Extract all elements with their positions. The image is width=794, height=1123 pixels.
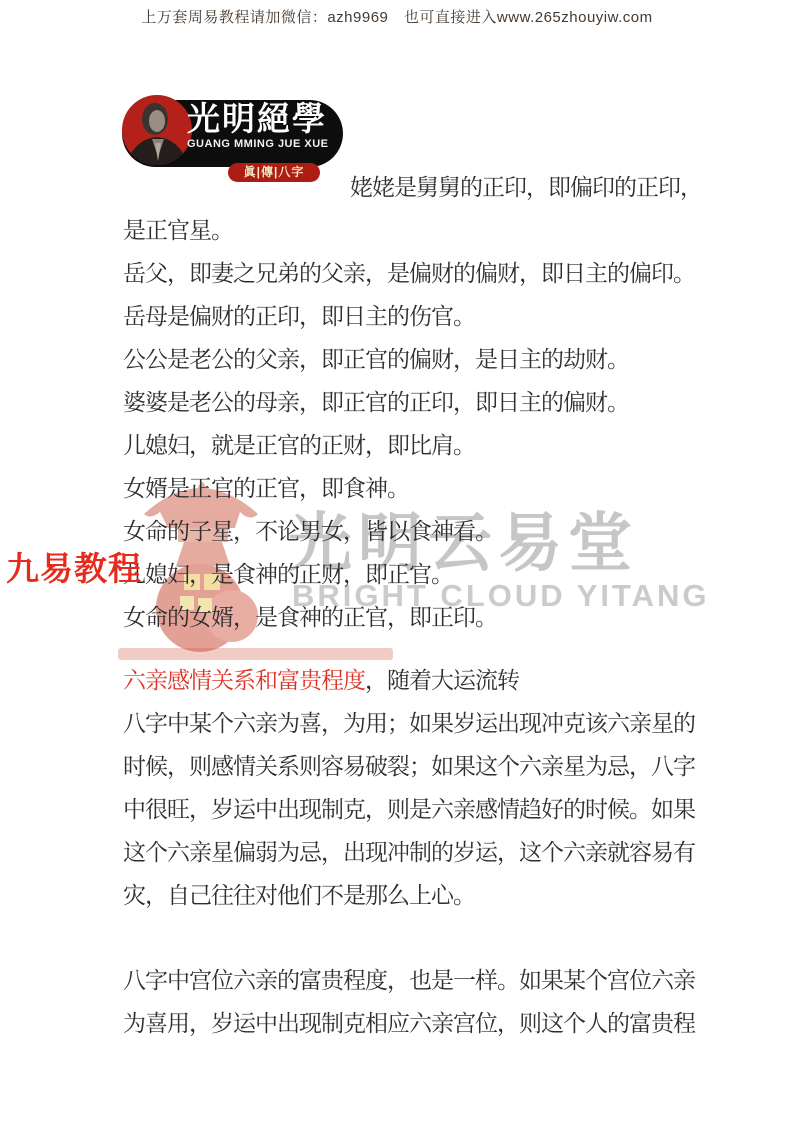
body-line: 儿媳妇，是食神的正财，即正官。 xyxy=(123,553,723,596)
top-promo-banner: 上万套周易教程请加微信：azh9969 也可直接进入www.265zhouyiw… xyxy=(0,6,794,27)
body-line: 婆婆是老公的母亲，即正官的正印，即日主的偏财。 xyxy=(123,381,723,424)
section-heading-rest: ，随着大运流转 xyxy=(365,667,519,693)
body-line: 公公是老公的父亲，即正官的偏财，是日主的劫财。 xyxy=(123,338,723,381)
body-line: 中很旺，岁运中出现制克，则是六亲感情趋好的时候。如果 xyxy=(123,788,723,831)
document-page: 上万套周易教程请加微信：azh9969 也可直接进入www.265zhouyiw… xyxy=(0,0,794,1123)
body-line: 儿媳妇，就是正官的正财，即比肩。 xyxy=(123,424,723,467)
body-line: 女婿是正官的正官，即食神。 xyxy=(123,467,723,510)
logo-banner: 眞|傳|八字 xyxy=(228,163,320,182)
body-line: 八字中某个六亲为喜，为用；如果岁运出现冲克该六亲星的 xyxy=(123,702,723,745)
body-line: 灾，自己往往对他们不是那么上心。 xyxy=(123,874,723,917)
body-line: 八字中宫位六亲的富贵程度，也是一样。如果某个宫位六亲 xyxy=(123,959,723,1002)
brand-logo: 光明絕學 GUANG MMING JUE XUE 眞|傳|八字 xyxy=(122,95,362,193)
body-line: 岳父，即妻之兄弟的父亲，是偏财的偏财，即日主的偏印。 xyxy=(123,252,723,295)
body-line: 为喜用，岁运中出现制克相应六亲宫位，则这个人的富贵程 xyxy=(123,1002,723,1045)
portrait-icon xyxy=(122,95,192,165)
body-line: 岳母是偏财的正印，即日主的伤官。 xyxy=(123,295,723,338)
section-heading-red: 六亲感情关系和富贵程度 xyxy=(123,667,365,693)
six-relatives-section: 姥姥是舅舅的正印，即偏印的正印， 是正官星。 岳父，即妻之兄弟的父亲，是偏财的偏… xyxy=(123,166,723,639)
fortune-relation-section: 六亲感情关系和富贵程度，随着大运流转 八字中某个六亲为喜，为用；如果岁运出现冲克… xyxy=(123,659,723,917)
watermark-jiuyi: 九易教程 xyxy=(6,543,142,590)
section-heading: 六亲感情关系和富贵程度，随着大运流转 xyxy=(123,659,723,702)
logo-title: 光明絕學 xyxy=(187,101,337,137)
body-line: 这个六亲星偏弱为忌，出现冲制的岁运，这个六亲就容易有 xyxy=(123,831,723,874)
body-line: 女命的子星，不论男女，皆以食神看。 xyxy=(123,510,723,553)
palace-section: 八字中宫位六亲的富贵程度，也是一样。如果某个宫位六亲 为喜用，岁运中出现制克相应… xyxy=(123,959,723,1045)
body-line: 时候，则感情关系则容易破裂；如果这个六亲星为忌，八字 xyxy=(123,745,723,788)
body-line: 是正官星。 xyxy=(123,209,723,252)
body-line: 女命的女婿，是食神的正官，即正印。 xyxy=(123,596,723,639)
logo-subtitle: GUANG MMING JUE XUE xyxy=(187,138,337,150)
